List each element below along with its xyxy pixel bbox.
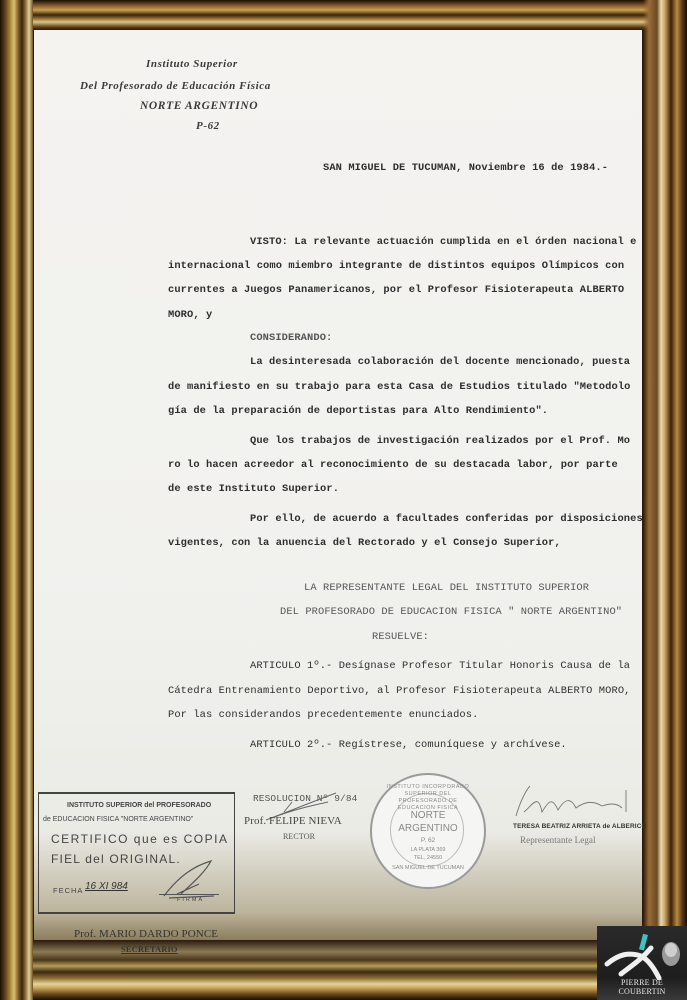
authority-line: DEL PROFESORADO DE EDUCACION FISICA " NO… (280, 606, 622, 618)
date-line: SAN MIGUEL DE TUCUMAN, Noviembre 16 de 1… (323, 162, 608, 174)
secretary-title: SECRETARIO (121, 944, 178, 954)
articulo-2: ARTICULO 2º.- Regístrese, comuníquese y … (250, 739, 567, 751)
rector-title: RECTOR (283, 832, 315, 841)
letterhead-line-1: Instituto Superior (146, 58, 238, 70)
watermark-text: PIERRE DE COUBERTIN (597, 978, 687, 996)
seal-bottom-3: SAN MIGUEL DE TUCUMAN (372, 865, 484, 871)
visto-line: VISTO: La relevante actuación cumplida e… (250, 236, 636, 248)
articulo-line: Cátedra Entrenamiento Deportivo, al Prof… (168, 685, 630, 697)
seal-center-2: ARGENTINO (372, 823, 484, 834)
considerando-line: de este Instituto Superior. (168, 483, 339, 495)
visto-line: internacional como miembro integrante de… (168, 260, 624, 272)
considerando-heading: CONSIDERANDO: (250, 332, 332, 344)
visto-line: MORO, y (168, 309, 212, 321)
representante-signature (512, 782, 632, 822)
representante-name: TERESA BEATRIZ ARRIETA de ALBERICO (513, 823, 647, 830)
seal-center-3: P. 62 (372, 837, 484, 844)
seal-center-1: NORTE (372, 810, 484, 821)
stamp-line-3: CERTIFICO que es COPIA (51, 832, 229, 846)
stamp-fecha-value: 16 XI 984 (85, 881, 128, 892)
coubertin-watermark-logo: PIERRE DE COUBERTIN (597, 926, 687, 1000)
visto-line: currentes a Juegos Panamericanos, por el… (168, 284, 624, 296)
secretary-name: Prof. MARIO DARDO PONCE (74, 928, 218, 940)
considerando-line: gía de la preparación de deportistas par… (168, 405, 548, 417)
rector-name: Prof. FELIPE NIEVA (244, 815, 342, 827)
seal-outer-text: INSTITUTO INCORPORADO SUPERIOR DEL PROFE… (372, 784, 484, 812)
stamp-line-2: de EDUCACION FISICA "NORTE ARGENTINO" (43, 816, 193, 823)
seal-bottom-1: LA PLATA 369 (372, 847, 484, 853)
considerando-line: La desinteresada colaboración del docent… (250, 356, 630, 368)
firma-line (159, 894, 219, 895)
letterhead-line-3: NORTE ARGENTINO (140, 100, 258, 112)
letterhead-line-4: P-62 (196, 120, 220, 132)
stamp-line-1: INSTITUTO SUPERIOR del PROFESORADO (67, 802, 211, 809)
runner-logo-icon (601, 930, 683, 980)
considerando-line: de manifiesto en su trabajo para esta Ca… (168, 381, 630, 393)
institution-seal: INSTITUTO INCORPORADO SUPERIOR DEL PROFE… (370, 773, 486, 889)
articulo-line: ARTICULO 1º.- Desígnase Profesor Titular… (250, 660, 630, 672)
considerando-line: Que los trabajos de investigación realiz… (250, 435, 630, 447)
por-ello-line: Por ello, de acuerdo a facultades confer… (250, 513, 643, 525)
resuelve-heading: RESUELVE: (372, 631, 429, 643)
por-ello-line: vigentes, con la anuencia del Rectorado … (168, 537, 561, 549)
letterhead-line-2: Del Profesorado de Educación Física (80, 80, 271, 92)
representante-title: Representante Legal (520, 835, 596, 845)
stamp-fecha-label: FECHA (53, 886, 83, 895)
certification-stamp: INSTITUTO SUPERIOR del PROFESORADO de ED… (38, 792, 235, 914)
articulo-line: Por las considerandos precedentemente en… (168, 709, 478, 721)
seal-bottom-2: TEL. 24550 (372, 855, 484, 861)
authority-line: LA REPRESENTANTE LEGAL DEL INSTITUTO SUP… (304, 582, 589, 594)
considerando-line: ro lo hacen acreedor al reconocimiento d… (168, 459, 618, 471)
